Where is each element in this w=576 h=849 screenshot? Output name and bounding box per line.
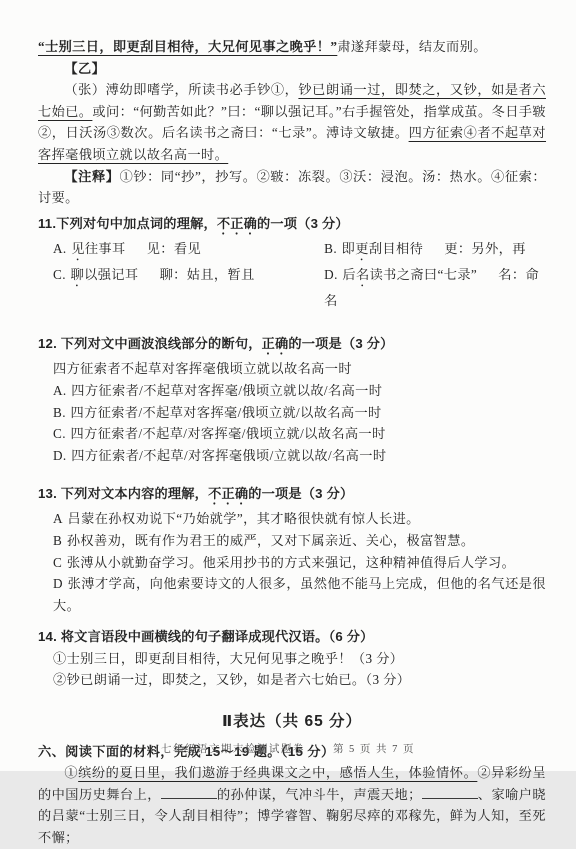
question-12: 12. 下列对文中画波浪线部分的断句，正确的一项是（3 分） 四方征索者不起草对… bbox=[38, 333, 546, 466]
notes-label: 【注释】 bbox=[64, 169, 119, 184]
q11-stem-pre: 11.下列对句中加点词的理解， bbox=[38, 216, 217, 231]
page-footer: 七年级语文期末检测试题卷第 5 页 共 7 页 bbox=[0, 739, 576, 761]
question-14: 14. 将文言语段中画横线的句子翻译成现代汉语。（6 分） ①士别三日，即更刮目… bbox=[38, 626, 546, 691]
q11-option-b[interactable]: B.即更刮目相待更：另外，再 bbox=[324, 238, 546, 264]
q11-option-c-dotted-word: 聊 bbox=[71, 267, 85, 282]
material-paragraph: ①缤纷的夏日里，我们遨游于经典课文之中，感悟人生，体验情怀。②异彩纷呈的中国历史… bbox=[38, 762, 546, 848]
q13-option-d[interactable]: D张溥才学高，向他索要诗文的人很多，虽然他不能马上完成，但他的名气还是很大。 bbox=[38, 573, 546, 616]
q13-option-c[interactable]: C张溥从小就勤奋学习。他采用抄书的方式来强记，这种精神值得后人学习。 bbox=[38, 552, 546, 574]
q13-option-a[interactable]: A吕蒙在孙权劝说下“乃始就学”，其才略很快就有惊人长进。 bbox=[38, 508, 546, 530]
q13-stem-post: 的一项是（3 分） bbox=[248, 486, 353, 501]
passage-jia-ending: “士别三日，即更刮目相待，大兄何见事之晚乎！”肃遂拜蒙母，结友而别。 bbox=[38, 36, 546, 58]
exam-page: “士别三日，即更刮目相待，大兄何见事之晚乎！”肃遂拜蒙母，结友而别。 【乙】 （… bbox=[0, 0, 576, 771]
q12-sentence: 四方征索者不起草对客挥毫俄顷立就以故名高一时 bbox=[38, 358, 546, 380]
q11-option-b-gloss: 更：另外，再 bbox=[444, 241, 526, 256]
q11-options: A.见往事耳见：看见 B.即更刮目相待更：另外，再 C.聊以强记耳聊：姑且，暂且… bbox=[38, 238, 546, 312]
question-11-stem: 11.下列对句中加点词的理解，不正确的一项（3 分） bbox=[38, 213, 546, 238]
material-num: ① bbox=[64, 765, 78, 780]
question-12-stem: 12. 下列对文中画波浪线部分的断句，正确的一项是（3 分） bbox=[38, 333, 546, 358]
fill-in-blank-2[interactable] bbox=[422, 785, 478, 799]
q12-stem-emphasis: 正确 bbox=[262, 336, 289, 351]
passage-yi-seg1: （张）溥幼即嗜学，所读书必手钞①， bbox=[64, 82, 298, 97]
q12-stem-pre: 12. 下列对文中画波浪线部分的断句， bbox=[38, 336, 262, 351]
q12-option-a[interactable]: A.四方征索者/不起草对客挥毫/俄顷立就以故/名高一时 bbox=[38, 380, 546, 402]
material-underlined: 缤纷的夏日里，我们遨游于经典课文之中，感悟人生，体验情怀。 bbox=[78, 765, 477, 780]
question-13-stem: 13. 下列对文本内容的理解，不正确的一项是（3 分） bbox=[38, 483, 546, 508]
q12-option-b[interactable]: B.四方征索者/不起草对客挥毫/俄顷立就/以故名高一时 bbox=[38, 402, 546, 424]
footer-page-number: 第 5 页 共 7 页 bbox=[333, 744, 415, 755]
question-14-stem: 14. 将文言语段中画横线的句子翻译成现代汉语。（6 分） bbox=[38, 626, 546, 648]
q11-option-d-label: D. bbox=[324, 267, 338, 282]
question-11: 11.下列对句中加点词的理解，不正确的一项（3 分） A.见往事耳见：看见 B.… bbox=[38, 213, 546, 312]
material-seg3: 的孙仲谋，气冲斗牛，声震天地； bbox=[217, 787, 422, 802]
section-2-title: Ⅱ表达（共 65 分） bbox=[38, 711, 546, 733]
q13-option-b[interactable]: B孙权善劝，既有作为君王的威严，又对下属亲近、关心，极富智慧。 bbox=[38, 530, 546, 552]
q11-option-c-label: C. bbox=[53, 267, 66, 282]
q13-stem-pre: 13. 下列对文本内容的理解， bbox=[38, 486, 208, 501]
footer-exam-title: 七年级语文期末检测试题卷 bbox=[161, 744, 305, 755]
q11-option-c[interactable]: C.聊以强记耳聊：姑且，暂且 bbox=[53, 264, 324, 312]
q11-stem-post: 的一项（3 分） bbox=[257, 216, 349, 231]
notes: 【注释】①钞：同“抄”，抄写。②皲：冻裂。③沃：浸泡。汤：热水。④征索：讨要。 bbox=[38, 166, 546, 209]
q11-option-d-dotted-word: 名 bbox=[356, 267, 370, 282]
q14-item-1: ①士别三日，即更刮目相待，大兄何见事之晚乎！（3 分） bbox=[38, 648, 546, 670]
translated-sentence-1: “士别三日，即更刮目相待，大兄何见事之晚乎！” bbox=[38, 39, 337, 54]
q11-option-b-label: B. bbox=[324, 241, 337, 256]
q11-stem-emphasis: 不正确 bbox=[217, 216, 257, 231]
q11-option-a-label: A. bbox=[53, 241, 67, 256]
q11-option-c-gloss: 聊：姑且，暂且 bbox=[160, 267, 255, 282]
q14-item-2: ②钞已朗诵一过，即焚之，又钞，如是者六七始已。（3 分） bbox=[38, 669, 546, 691]
passage-yi-text: （张）溥幼即嗜学，所读书必手钞①，钞已朗诵一过，即焚之，又钞，如是者六七始已。或… bbox=[38, 79, 546, 165]
passage-yi-label: 【乙】 bbox=[38, 58, 546, 80]
q11-option-a-gloss: 见：看见 bbox=[147, 241, 201, 256]
q12-option-d[interactable]: D.四方征索者/不起草/对客挥毫俄顷/立就以故/名高一时 bbox=[38, 445, 546, 467]
passage-jia-rest: 肃遂拜蒙母，结友而别。 bbox=[337, 39, 486, 54]
q11-option-d[interactable]: D.后名读书之斋曰“七录”名：命名 bbox=[324, 264, 546, 312]
q12-option-c[interactable]: C.四方征索者/不起草/对客挥毫/俄顷立就/以故名高一时 bbox=[38, 423, 546, 445]
q13-stem-emphasis: 不正确 bbox=[208, 486, 248, 501]
q11-option-b-dotted-word: 更 bbox=[355, 241, 369, 256]
q11-option-a[interactable]: A.见往事耳见：看见 bbox=[53, 238, 324, 264]
fill-in-blank-1[interactable] bbox=[161, 785, 217, 799]
q11-option-a-dotted-word: 见 bbox=[71, 241, 85, 256]
q12-stem-post: 的一项是（3 分） bbox=[288, 336, 393, 351]
question-13: 13. 下列对文本内容的理解，不正确的一项是（3 分） A吕蒙在孙权劝说下“乃始… bbox=[38, 483, 546, 616]
